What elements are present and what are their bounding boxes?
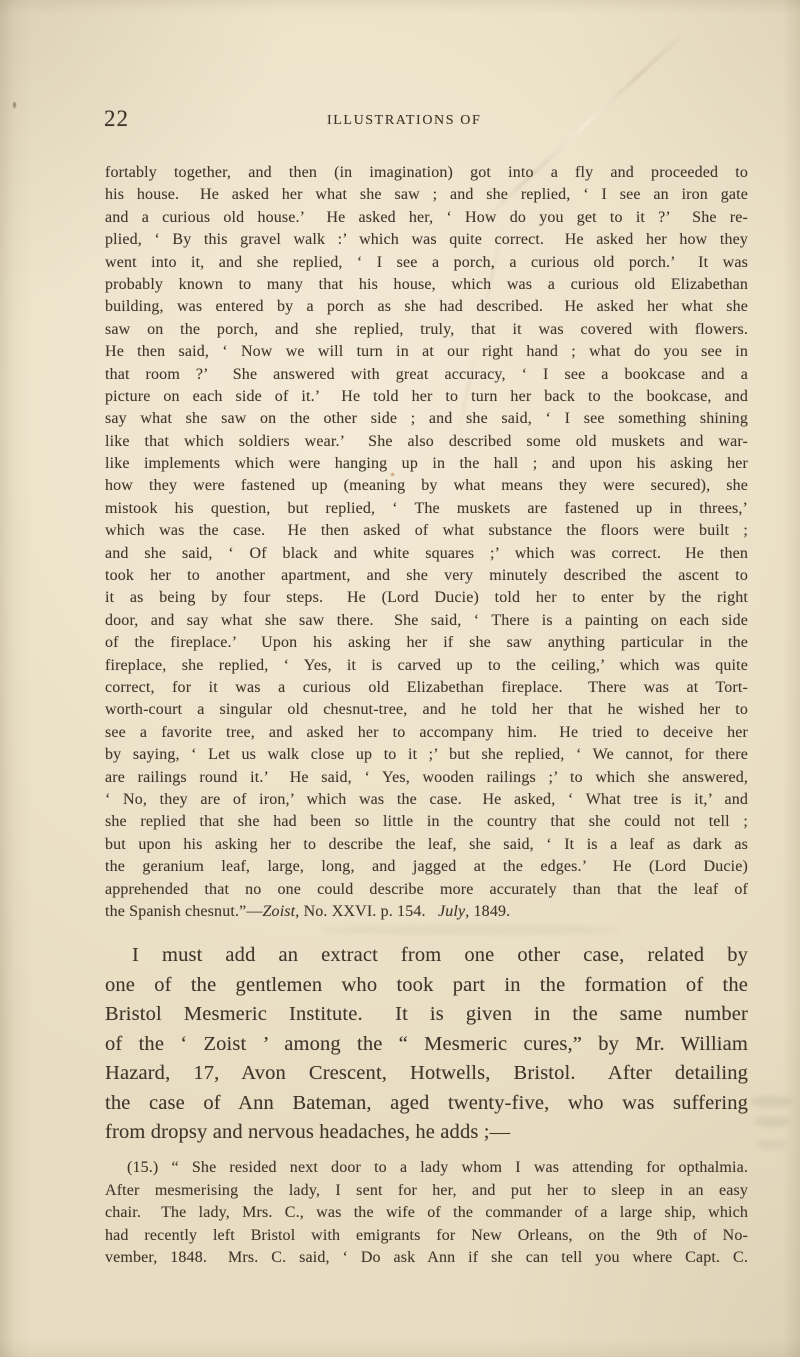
text-line: correct, for it was a curious old Elizab… (105, 677, 748, 699)
text-line: picture on each side of it.’ He told her… (105, 386, 748, 408)
zoist-extract-paragraph: fortably together, and then (in imaginat… (105, 162, 748, 923)
text-line: by saying, ‘ Let us walk close up to it … (105, 744, 748, 766)
text-line: the geranium leaf, large, long, and jagg… (105, 856, 748, 878)
text-line: of the fireplace.’ Upon his asking her i… (105, 632, 748, 654)
text-line: from dropsy and nervous headaches, he ad… (105, 1118, 748, 1148)
narrative-paragraph: I must add an extract from one other cas… (105, 941, 748, 1148)
text-line: mistook his question, but replied, ‘ The… (105, 498, 748, 520)
text-line: it as being by four steps. He (Lord Duci… (105, 587, 748, 609)
text-line: say what she saw on the other side ; and… (105, 408, 748, 430)
text-line: had recently left Bristol with emigrants… (105, 1225, 748, 1248)
book-page-scan: 22 ILLUSTRATIONS OF fortably together, a… (0, 0, 800, 1357)
text-line: ‘ No, they are of iron,’ which was the c… (105, 789, 748, 811)
text-line: are railings round it.’ He said, ‘ Yes, … (105, 767, 748, 789)
text-line: Bristol Mesmeric Institute. It is given … (105, 1000, 748, 1030)
text-line: one of the gentlemen who took part in th… (105, 971, 748, 1001)
text-line: probably known to many that his house, w… (105, 274, 748, 296)
text-line: and a curious old house.’ He asked her, … (105, 207, 748, 229)
text-line: (15.) “ She resided next door to a lady … (105, 1157, 748, 1180)
page-number: 22 (104, 106, 129, 132)
text-line: of the ‘ Zoist ’ among the “ Mesmeric cu… (105, 1030, 748, 1060)
text-line: fortably together, and then (in imaginat… (105, 162, 748, 184)
text-line: his house. He asked her what she saw ; a… (105, 184, 748, 206)
running-header: ILLUSTRATIONS OF (327, 113, 481, 129)
text-line: saw on the porch, and she replied, truly… (105, 319, 748, 341)
text-line: see a favorite tree, and asked her to ac… (105, 722, 748, 744)
text-line: apprehended that no one could describe m… (105, 879, 748, 901)
text-line: went into it, and she replied, ‘ I see a… (105, 252, 748, 274)
case-15-paragraph: (15.) “ She resided next door to a lady … (105, 1157, 748, 1270)
text-line: the Spanish chesnut.”—Zoist, No. XXVI. p… (105, 901, 748, 923)
text-line: that room ?’ She answered with great acc… (105, 364, 748, 386)
text-line: like that which soldiers wear.’ She also… (105, 431, 748, 453)
text-line: I must add an extract from one other cas… (105, 941, 748, 971)
text-line: vember, 1848. Mrs. C. said, ‘ Do ask Ann… (105, 1247, 748, 1270)
text-line: and she said, ‘ Of black and white squar… (105, 543, 748, 565)
text-line: how they were fastened up (meaning by wh… (105, 475, 748, 497)
text-line: door, and say what she saw there. She sa… (105, 610, 748, 632)
page-text-layer: 22 ILLUSTRATIONS OF fortably together, a… (0, 0, 800, 1357)
text-line: she replied that she had been so little … (105, 811, 748, 833)
text-line: He then said, ‘ Now we will turn in at o… (105, 341, 748, 363)
text-line: Hazard, 17, Avon Crescent, Hotwells, Bri… (105, 1059, 748, 1089)
text-line: the case of Ann Bateman, aged twenty-fiv… (105, 1089, 748, 1119)
text-line: but upon his asking her to describe the … (105, 834, 748, 856)
text-line: plied, ‘ By this gravel walk :’ which wa… (105, 229, 748, 251)
text-line: like implements which were hanging up in… (105, 453, 748, 475)
text-line: took her to another apartment, and she v… (105, 565, 748, 587)
text-line: which was the case. He then asked of wha… (105, 520, 748, 542)
text-line: chair. The lady, Mrs. C., was the wife o… (105, 1202, 748, 1225)
text-line: fireplace, she replied, ‘ Yes, it is car… (105, 655, 748, 677)
text-line: After mesmerising the lady, I sent for h… (105, 1180, 748, 1203)
text-line: building, was entered by a porch as she … (105, 296, 748, 318)
text-line: worth-court a singular old chesnut-tree,… (105, 699, 748, 721)
